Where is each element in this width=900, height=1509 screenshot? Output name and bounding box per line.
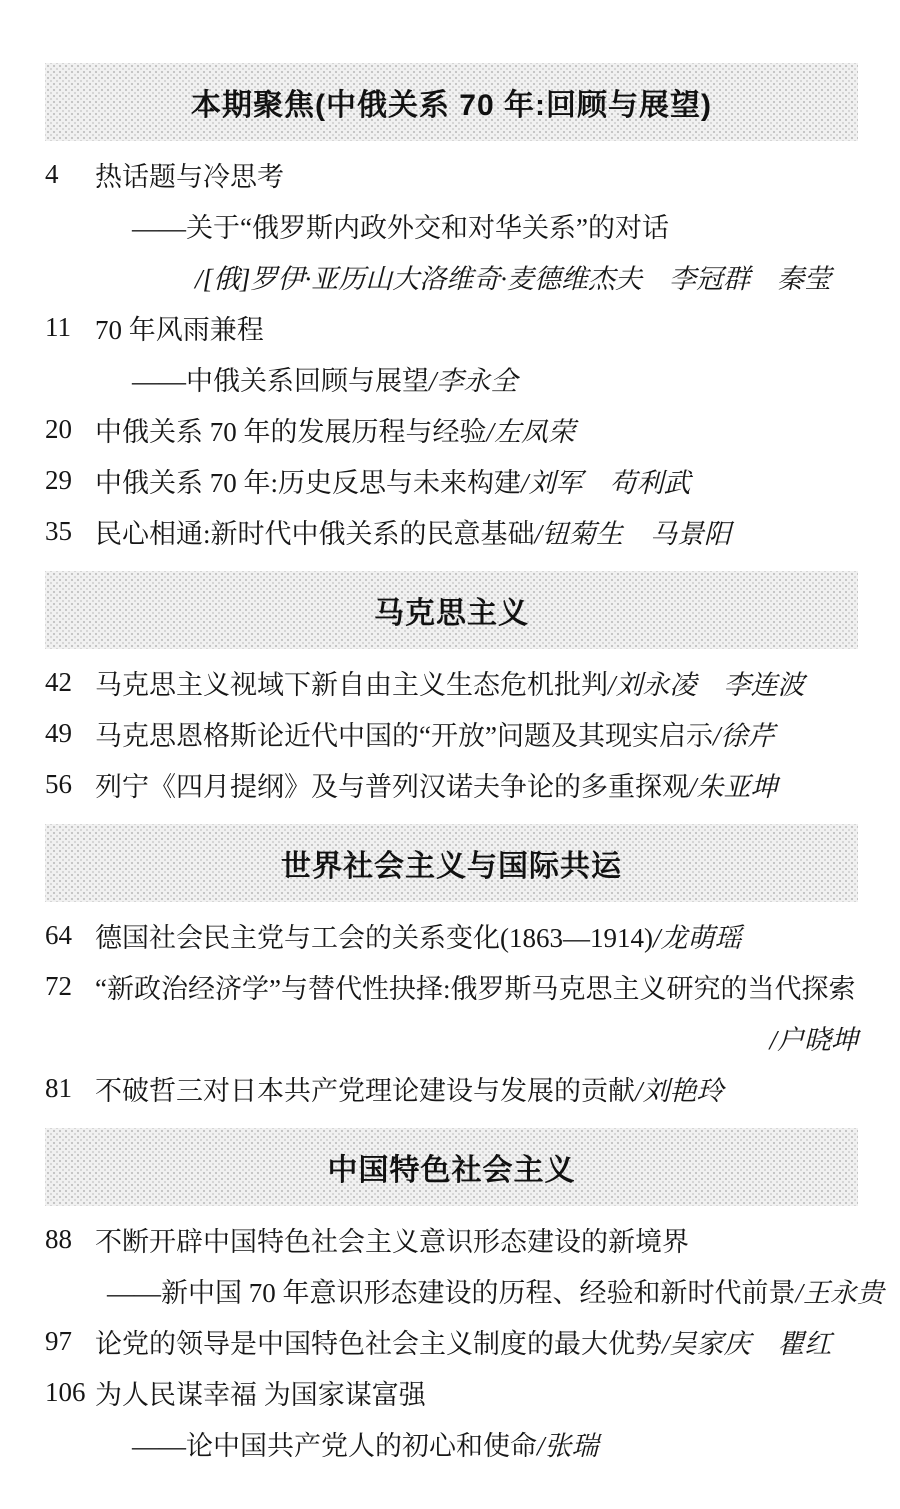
entry-title: “新政治经济学”与替代性抉择:俄罗斯马克思主义研究的当代探索 (95, 967, 855, 1006)
page-number: 11 (45, 312, 95, 343)
section-title: 世界社会主义与国际共运 (281, 841, 622, 885)
entry-author: /徐芹 (713, 714, 775, 753)
entry-author: /张瑞 (537, 1424, 599, 1463)
entry-author: /钮菊生 马景阳 (535, 512, 732, 551)
page-number: 106 (45, 1377, 95, 1408)
entry-author: /刘艳玲 (635, 1069, 724, 1108)
entry-author: /龙萌瑶 (653, 916, 742, 955)
page-number: 64 (45, 920, 95, 951)
toc-line: 29中俄关系 70 年:历史反思与未来构建/刘军 苟利武 (45, 455, 858, 506)
toc-line: 81不破哲三对日本共产党理论建设与发展的贡献/刘艳玲 (45, 1063, 858, 1114)
section-header-band: 本期聚焦(中俄关系 70 年:回顾与展望) (45, 63, 858, 141)
toc-line: 106为人民谋幸福 为国家谋富强 (45, 1367, 858, 1418)
toc-line: 49马克思恩格斯论近代中国的“开放”问题及其现实启示/徐芹 (45, 708, 858, 759)
entry-title: 不破哲三对日本共产党理论建设与发展的贡献 (95, 1069, 635, 1108)
entry-title: ——中俄关系回顾与展望 (132, 359, 429, 398)
entry-title: 不断开辟中国特色社会主义意识形态建设的新境界 (95, 1220, 689, 1259)
page-number: 97 (45, 1326, 95, 1357)
toc-line: 4热话题与冷思考 (45, 149, 858, 200)
page-number: 29 (45, 465, 95, 496)
entry-author: /左凤荣 (487, 410, 576, 449)
toc-line: /[俄]罗伊·亚历山大洛维奇·麦德维杰夫 李冠群 秦莹 (45, 251, 858, 302)
entry-title: 为人民谋幸福 为国家谋富强 (95, 1373, 426, 1412)
entry-title: ——新中国 70 年意识形态建设的历程、经验和新时代前景 (107, 1271, 796, 1310)
section-title: 马克思主义 (374, 588, 529, 632)
page-number: 4 (45, 159, 95, 190)
page-number: 72 (45, 971, 95, 1002)
toc-line: 56列宁《四月提纲》及与普列汉诺夫争论的多重探观/朱亚坤 (45, 759, 858, 810)
entry-author: /王永贵 (796, 1271, 885, 1310)
toc-line: 35民心相通:新时代中俄关系的民意基础/钮菊生 马景阳 (45, 506, 858, 557)
toc-line: /户晓坤 (45, 1012, 858, 1063)
entry-title: 马克思主义视域下新自由主义生态危机批判 (95, 663, 608, 702)
section-header-band: 世界社会主义与国际共运 (45, 824, 858, 902)
entry-author: /朱亚坤 (689, 765, 778, 804)
toc-line: 88不断开辟中国特色社会主义意识形态建设的新境界 (45, 1214, 858, 1265)
entry-title: 热话题与冷思考 (95, 155, 284, 194)
page-number: 81 (45, 1073, 95, 1104)
toc-line: 1170 年风雨兼程 (45, 302, 858, 353)
toc-line: 64德国社会民主党与工会的关系变化(1863—1914)/龙萌瑶 (45, 910, 858, 961)
toc-line: 42马克思主义视域下新自由主义生态危机批判/刘永凌 李连波 (45, 657, 858, 708)
entry-title: 马克思恩格斯论近代中国的“开放”问题及其现实启示 (95, 714, 713, 753)
toc-page: 本期聚焦(中俄关系 70 年:回顾与展望)4热话题与冷思考——关于“俄罗斯内政外… (0, 0, 900, 1509)
toc-line: 20中俄关系 70 年的发展历程与经验/左凤荣 (45, 404, 858, 455)
section-header-band: 中国特色社会主义 (45, 1128, 858, 1206)
entry-title: ——关于“俄罗斯内政外交和对华关系”的对话 (132, 206, 669, 245)
entry-author: /刘军 苟利武 (521, 461, 691, 500)
toc-line: ——论中国共产党人的初心和使命/张瑞 (45, 1418, 858, 1469)
entry-title: 列宁《四月提纲》及与普列汉诺夫争论的多重探观 (95, 765, 689, 804)
page-number: 35 (45, 516, 95, 547)
entry-title: ——论中国共产党人的初心和使命 (132, 1424, 537, 1463)
page-number: 56 (45, 769, 95, 800)
entry-title: 70 年风雨兼程 (95, 308, 264, 347)
toc-line: 97论党的领导是中国特色社会主义制度的最大优势/吴家庆 瞿红 (45, 1316, 858, 1367)
page-number: 49 (45, 718, 95, 749)
page-number: 42 (45, 667, 95, 698)
entry-title: 中俄关系 70 年:历史反思与未来构建 (95, 461, 521, 500)
entry-title: 德国社会民主党与工会的关系变化(1863—1914) (95, 916, 653, 955)
entry-title: 论党的领导是中国特色社会主义制度的最大优势 (95, 1322, 662, 1361)
entry-author: /刘永凌 李连波 (608, 663, 805, 702)
section-title: 中国特色社会主义 (328, 1145, 576, 1189)
entry-title: 民心相通:新时代中俄关系的民意基础 (95, 512, 535, 551)
section-title: 本期聚焦(中俄关系 70 年:回顾与展望) (191, 80, 712, 124)
entry-title: 中俄关系 70 年的发展历程与经验 (95, 410, 487, 449)
toc-line: ——关于“俄罗斯内政外交和对华关系”的对话 (45, 200, 858, 251)
entry-author: /户晓坤 (769, 1018, 858, 1057)
entry-author: /李永全 (429, 359, 518, 398)
entry-author: /吴家庆 瞿红 (662, 1322, 832, 1361)
toc-line: ——新中国 70 年意识形态建设的历程、经验和新时代前景/王永贵 (45, 1265, 858, 1316)
page-number: 20 (45, 414, 95, 445)
section-header-band: 马克思主义 (45, 571, 858, 649)
entry-author: /[俄]罗伊·亚历山大洛维奇·麦德维杰夫 李冠群 秦莹 (195, 257, 831, 296)
toc-line: 72“新政治经济学”与替代性抉择:俄罗斯马克思主义研究的当代探索 (45, 961, 858, 1012)
toc-line: ——中俄关系回顾与展望/李永全 (45, 353, 858, 404)
page-number: 88 (45, 1224, 95, 1255)
